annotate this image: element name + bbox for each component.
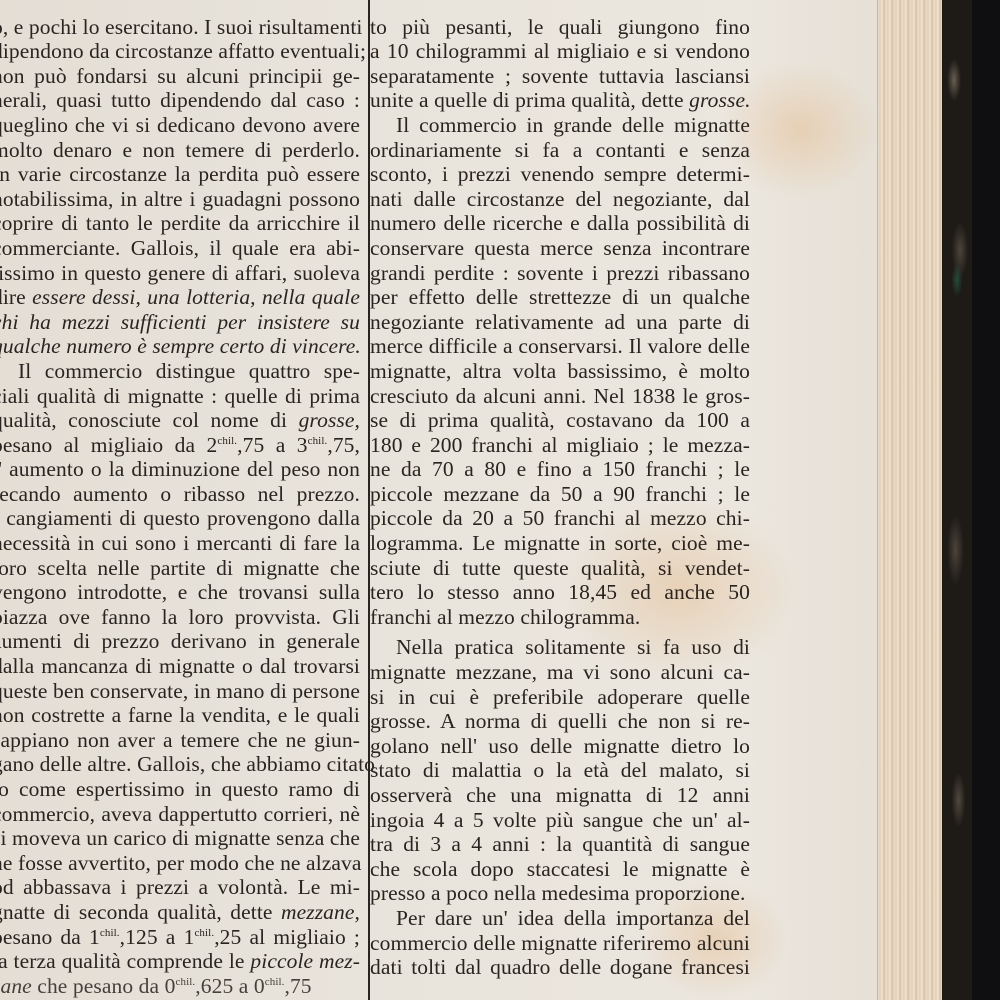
text-line: nati dalle circostanze del negoziante, d… [370,187,750,212]
text-line: che scola dopo staccatesi le mignatte è [370,857,750,882]
text-span: ,75 [284,974,311,998]
text-line: gano delle altre. Gallois, che abbiamo c… [0,752,360,777]
text-line: merce difficile a conservarsi. Il valore… [370,334,750,359]
text-line: unite a quelle di prima qualità, dette g… [370,88,750,113]
text-line: stato di malattia o la età del malato, s… [370,758,750,783]
marbled-book-cover [942,0,973,1000]
text-line: ciali qualità di mignatte : quelle di pr… [0,384,360,409]
unit-superscript: chil. [194,927,214,939]
text-line: pesano al migliaio da 2chil.,75 a 3chil.… [0,433,360,458]
text-line: nerali, quasi tutto dipendendo dal caso … [0,88,360,113]
text-line: necessità in cui sono i mercanti di fare… [0,531,360,556]
text-line: commercio, aveva dappertutto corrieri, n… [0,802,360,827]
text-span: gnatte di seconda qualità, dette [0,900,273,924]
text-line: cresciuto da alcuni anni. Nel 1838 le gr… [370,384,750,409]
text-span: che pesano da 0 [37,974,175,998]
text-line: piccole mezzane da 50 a 90 franchi ; le [370,482,750,507]
text-line: dalla mancanza di mignatte o dal trovars… [0,654,360,679]
text-span: ,25 al migliaio ; [214,925,360,949]
unit-superscript: chil. [308,435,328,447]
text-line: l' aumento o la diminuzione del peso non [0,457,360,482]
text-line-italic: qualche numero è sempre certo di vincere… [0,334,360,359]
text-line: logramma. Le mignatte in sorte, cioè me- [370,531,750,556]
right-text-column: to più pesanti, le quali giungono fino a… [370,0,750,1000]
text-span: ,75 a 3 [237,433,307,457]
text-line: dipendono da circostanze affatto eventua… [0,39,360,64]
text-line-partial [370,0,750,15]
text-line: tra di 3 a 4 anni : la quantità di sangu… [370,832,750,857]
italic-quote: essere dessi, una lotteria, nella quale [32,285,360,309]
text-line: to come espertissimo in questo ramo di [0,777,360,802]
text-line: I cangiamenti di questo provengono dalla [0,506,360,531]
text-line: loro scelta nelle partite di mignatte ch… [0,556,360,581]
unit-superscript: chil. [217,435,237,447]
text-span: pesano al migliaio da 2 [0,433,217,457]
text-line-partial: zane che pesano da 0chil.,625 a 0chil.,7… [0,974,360,999]
text-line: non costrette a farne la vendita, e le q… [0,703,360,728]
text-line: negoziante relativamente ad una parte di [370,310,750,335]
book-page: o, e pochi lo esercitano. I suoi risulta… [0,0,877,1000]
text-line: ne da 70 a 80 e fino a 150 franchi ; le [370,457,750,482]
text-line: od abbassava i prezzi a volontà. Le mi- [0,875,360,900]
text-line-partial [0,0,360,15]
text-line: sappiano non aver a temere che ne giun- [0,728,360,753]
text-line: sciute di tutte queste qualità, si vende… [370,556,750,581]
text-line: commerciante. Gallois, il quale era abi- [0,236,360,261]
text-line: commercio delle mignatte riferiremo alcu… [370,931,750,956]
text-line: vengono introdotte, e che trovansi sulla [0,580,360,605]
text-line: notabilissima, in altre i guadagni posso… [0,187,360,212]
paragraph-start: Il commercio distingue quattro spe- [0,359,360,384]
text-line: pesano da 1chil.,125 a 1chil.,25 al migl… [0,925,360,950]
text-line: aumenti di prezzo derivano in generale [0,629,360,654]
text-line: separatamente ; sovente tuttavia lascian… [370,64,750,89]
text-line: mignatte mezzane, ma vi sono alcuni ca- [370,660,750,685]
text-line: mignatte, altra volta bassissimo, è molt… [370,359,750,384]
text-line: queglino che vi si dedicano devono avere [0,113,360,138]
text-span: dire [0,285,26,309]
unit-superscript: chil. [265,976,285,988]
page-edges-stack [877,0,943,1000]
text-line: qualità, conosciute col nome di grosse, [0,408,360,433]
text-line-partial [370,980,750,1000]
text-span: ,125 a 1 [120,925,195,949]
text-span: unite a quelle di prima qualità, dette [370,88,684,112]
text-line: se di prima qualità, costavano da 100 a [370,408,750,433]
text-line: si moveva un carico di mignatte senza ch… [0,826,360,851]
italic-term: mezzane, [281,900,360,924]
text-span: ,625 a 0 [195,974,264,998]
text-line: 180 e 200 franchi al migliaio ; le mezza… [370,433,750,458]
text-line: tero lo stesso anno 18,45 ed anche 50 [370,580,750,605]
text-line: per effetto delle strettezze di un qualc… [370,285,750,310]
text-line: In varie circostanze la perdita può esse… [0,162,360,187]
text-line: franchi al mezzo chilogramma. [370,605,750,630]
text-span: ,75, [327,433,360,457]
text-line: osserverà che una mignatta di 12 anni [370,783,750,808]
text-line: gnatte di seconda qualità, dette mezzane… [0,900,360,925]
text-line: o, e pochi lo esercitano. I suoi risulta… [0,15,360,40]
text-line: non può fondarsi su alcuni principii ge- [0,64,360,89]
text-line: piccole da 20 a 50 franchi al mezzo chi- [370,506,750,531]
left-text-column: o, e pochi lo esercitano. I suoi risulta… [0,0,360,998]
text-line: si in cui è preferibile adoperare quelle [370,685,750,710]
text-line: grandi perdite : sovente i prezzi ribass… [370,261,750,286]
paragraph-start: Nella pratica solitamente si fa uso di [370,635,750,660]
text-span: qualità, conosciute col nome di [0,408,287,432]
text-line: grosse. A norma di quelli che non si re- [370,709,750,734]
italic-term: piccole mez- [250,949,360,973]
text-span: pesano da 1 [0,925,100,949]
text-line: dire essere dessi, una lotteria, nella q… [0,285,360,310]
text-line: golano nell' uso delle mignatte dietro l… [370,734,750,759]
text-line: lissimo in questo genere di affari, suol… [0,261,360,286]
text-line: to più pesanti, le quali giungono fino [370,15,750,40]
text-span: la terza qualità comprende le [0,949,245,973]
paragraph-start: Per dare un' idea della importanza del [370,906,750,931]
dark-background [972,0,1000,1000]
unit-superscript: chil. [100,927,120,939]
text-line: conservare questa merce senza incontrare [370,236,750,261]
paragraph-start: Il commercio in grande delle mignatte [370,113,750,138]
text-line: numero delle ricerche e dalla possibilit… [370,211,750,236]
text-line: queste ben conservate, in mano di person… [0,679,360,704]
text-line-italic: chi ha mezzi sufficienti per insistere s… [0,310,360,335]
italic-term: grosse, [299,408,360,432]
text-line: piazza ove fanno la loro provvista. Gli [0,605,360,630]
italic-term: zane [0,974,32,998]
italic-term: grosse. [689,88,750,112]
text-line: presso a poco nella medesima proporzione… [370,881,750,906]
unit-superscript: chil. [176,976,196,988]
text-line: ingoia 4 a 5 volte più sangue che un' al… [370,808,750,833]
text-line: ordinariamente si fa a contanti e senza [370,138,750,163]
text-line: la terza qualità comprende le piccole me… [0,949,360,974]
text-line: ne fosse avvertito, per modo che ne alza… [0,851,360,876]
text-line: coprire di tanto le perdite da arricchir… [0,211,360,236]
text-line: molto denaro e non temere di perderlo. [0,138,360,163]
text-line: recando aumento o ribasso nel prezzo. [0,482,360,507]
text-line: dati tolti dal quadro delle dogane franc… [370,955,750,980]
text-line: a 10 chilogrammi al migliaio e si vendon… [370,39,750,64]
text-line: sconto, i prezzi venendo sempre determi- [370,162,750,187]
